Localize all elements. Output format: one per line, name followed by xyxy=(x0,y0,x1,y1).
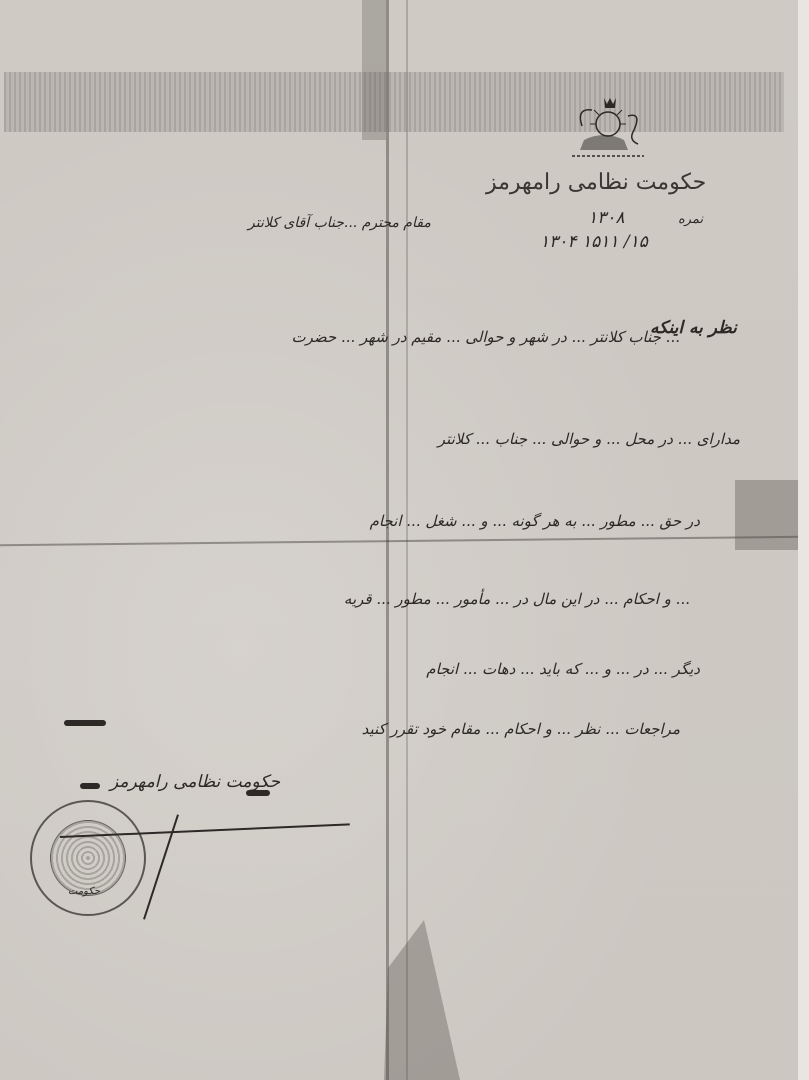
page-edge xyxy=(798,0,809,1080)
signature-dash-left xyxy=(80,783,100,789)
body-line-6: مراجعات ... نظر ... و احکام ... مقام خود… xyxy=(60,720,680,738)
signature-text: حکومت نظامی رامهرمز xyxy=(110,772,280,792)
number-label: نمره xyxy=(678,212,703,227)
seal-stamp-icon: حکومت xyxy=(30,800,146,916)
body-line-2: مدارای ... در محل ... و حوالی ... جناب .… xyxy=(40,430,740,448)
body-line-3: در حق ... مطور ... به هر گونه ... و ... … xyxy=(60,512,700,530)
body-line-5: دیگر ... در ... و ... که باید ... دهات .… xyxy=(60,660,700,678)
body-line-1: ... جناب کلانتر ... در شهر و حوالی ... م… xyxy=(40,328,680,346)
recipient-line: مقام محترم ...جناب آقای کلانتر xyxy=(248,215,431,231)
paper-stain xyxy=(735,480,800,550)
paper-tear xyxy=(380,920,460,1080)
date-value: ۱۵/ ۱۵۱۱ ۱۳۰۴ xyxy=(540,232,648,252)
letterhead-title: حکومت نظامی رامهرمز xyxy=(486,170,706,195)
lion-and-sun-emblem-icon xyxy=(568,96,648,168)
seal-inner-ring xyxy=(50,820,126,896)
body-line-4: ... و احکام ... در این مال در ... مأمور … xyxy=(50,590,690,608)
number-value: ۱۳۰۸ xyxy=(588,208,625,228)
header-scan-band xyxy=(4,72,784,132)
signature-stroke xyxy=(143,814,179,919)
seal-text: حکومت xyxy=(68,886,100,897)
horizontal-fold-line xyxy=(0,536,800,546)
document-sheet: حکومت نظامی رامهرمز نمره ۱۳۰۸ ۱۵/ ۱۵۱۱ ۱… xyxy=(0,0,800,1080)
closing-dash xyxy=(64,720,106,726)
fold-shadow xyxy=(362,0,386,140)
